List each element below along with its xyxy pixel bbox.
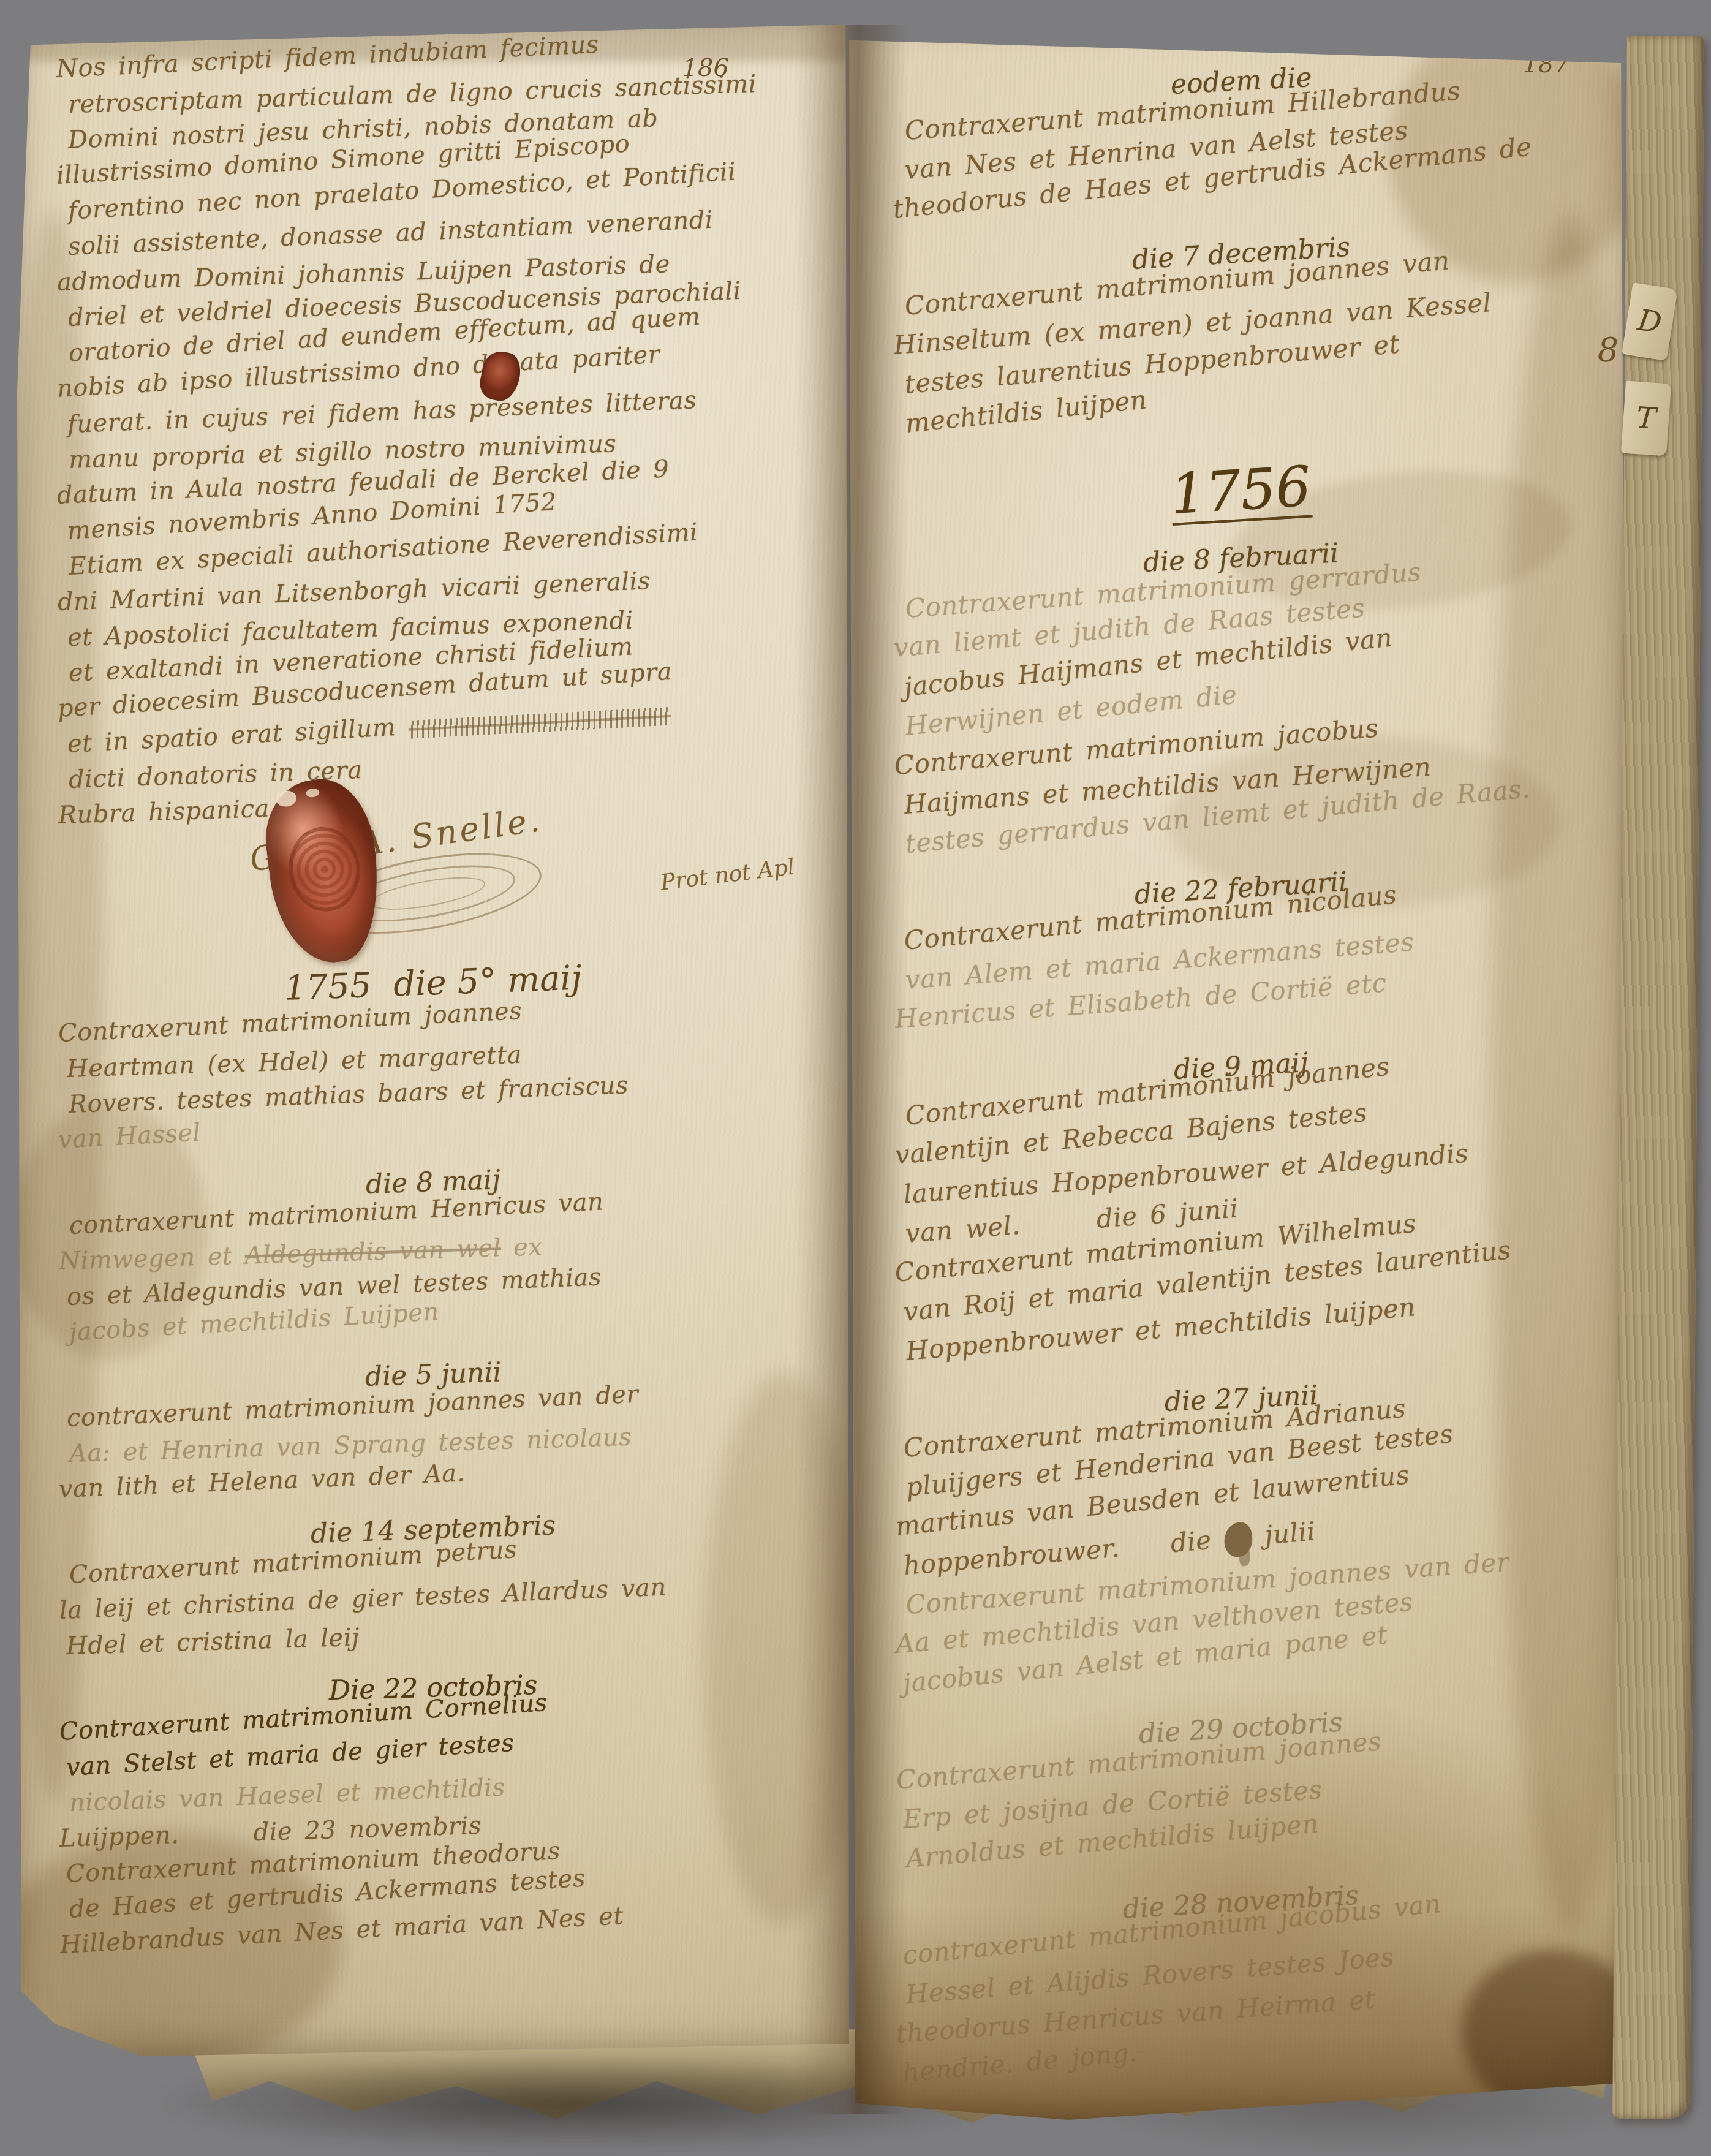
folio-number-left: 186 — [682, 54, 729, 82]
ink-blot — [1223, 1521, 1254, 1558]
year-heading: 1756 — [1169, 450, 1313, 532]
notary-annotation: Prot not Apl — [659, 855, 796, 896]
tab-label: D — [1636, 303, 1664, 340]
margin-number: 8 — [1598, 331, 1618, 369]
left-page: 186 Nos infra scripti fidem indubiam fec… — [17, 25, 849, 2056]
index-tab-t: T — [1621, 381, 1671, 456]
right-page-text: eodem dieContraxerunt matrimonium Hilleb… — [889, 54, 1593, 2083]
crossed-out-scribble — [408, 707, 672, 739]
manuscript-photo: D T 186 Nos infra scripti fidem indubiam… — [0, 0, 1711, 2156]
tab-label: T — [1635, 401, 1657, 436]
folio-number-right: 187 — [1523, 50, 1569, 78]
left-page-text: Nos infra scripti fidem indubiam fecimus… — [53, 51, 814, 2019]
right-page: 187 8 eodem dieContraxerunt matrimonium … — [849, 32, 1632, 2120]
